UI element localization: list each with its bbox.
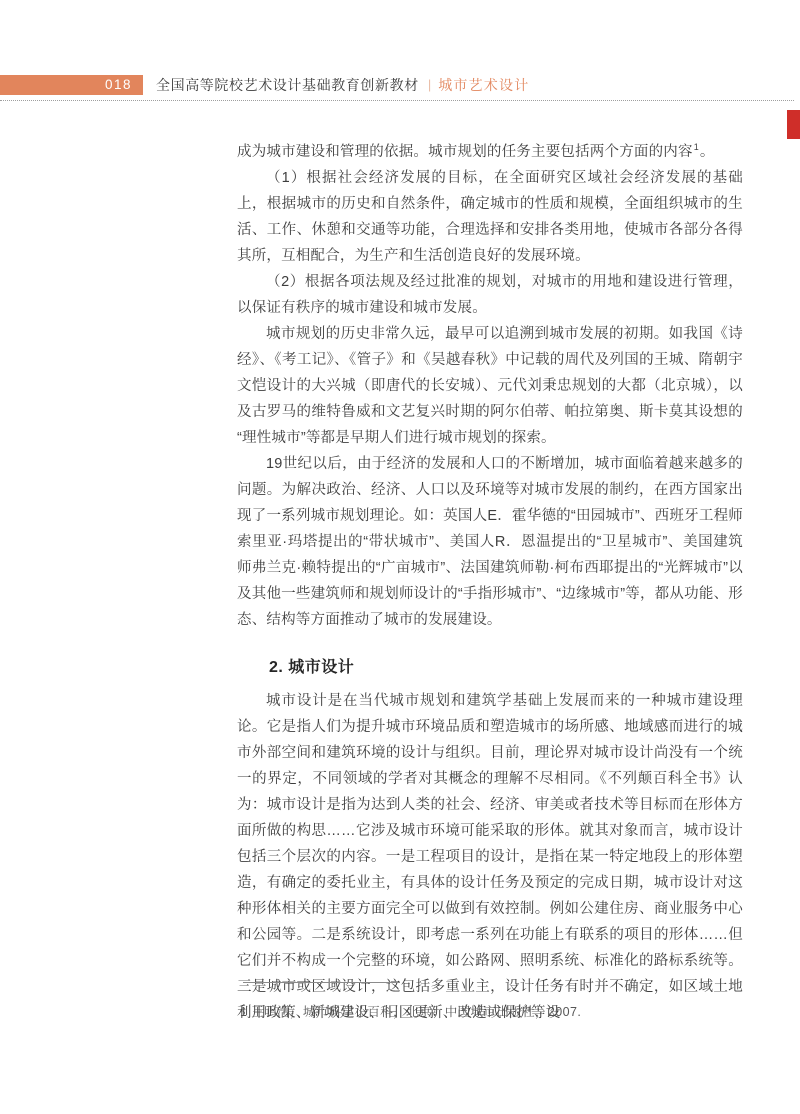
body-flow: 成为城市建设和管理的依据。城市规划的任务主要包括两个方面的内容1。（1）根据社会… (237, 139, 743, 1026)
header-rule (0, 100, 794, 101)
paragraph: 城市规划的历史非常久远，最早可以追溯到城市发展的初期。如我国《诗经》、《考工记》… (237, 321, 743, 451)
page-number-bar: 018 (0, 75, 143, 95)
footnote-reference: 1 (694, 142, 699, 152)
paragraph: （1）根据社会经济发展的目标，在全面研究区域社会经济发展的基础上，根据城市的历史… (237, 165, 743, 269)
series-title: 全国高等院校艺术设计基础教育创新教材 (156, 75, 419, 95)
book-title: 城市艺术设计 (438, 75, 529, 95)
footnote-rule (243, 982, 400, 983)
paragraph: 19世纪以后，由于经济的发展和人口的不断增加，城市面临着越来越多的问题。为解决政… (237, 451, 743, 633)
page: 018 全国高等院校艺术设计基础教育创新教材 | 城市艺术设计 成为城市建设和管… (0, 0, 800, 1114)
chapter-edge-tab (787, 110, 800, 139)
section-heading: 2. 城市设计 (237, 655, 743, 681)
page-header: 018 全国高等院校艺术设计基础教育创新教材 | 城市艺术设计 (0, 75, 529, 95)
paragraph: 成为城市建设和管理的依据。城市规划的任务主要包括两个方面的内容1。 (237, 139, 743, 165)
paragraph: 城市设计是在当代城市规划和建筑学基础上发展而来的一种城市建设理论。它是指人们为提… (237, 688, 743, 1026)
footnote-text: 1 王明浩，城市科学小百科，北京：中国城市出版社，2007. (240, 1002, 581, 1020)
page-number: 018 (105, 78, 132, 92)
paragraph: （2）根据各项法规及经过批准的规划，对城市的用地和建设进行管理，以保证有秩序的城… (237, 269, 743, 321)
header-divider: | (428, 77, 431, 92)
